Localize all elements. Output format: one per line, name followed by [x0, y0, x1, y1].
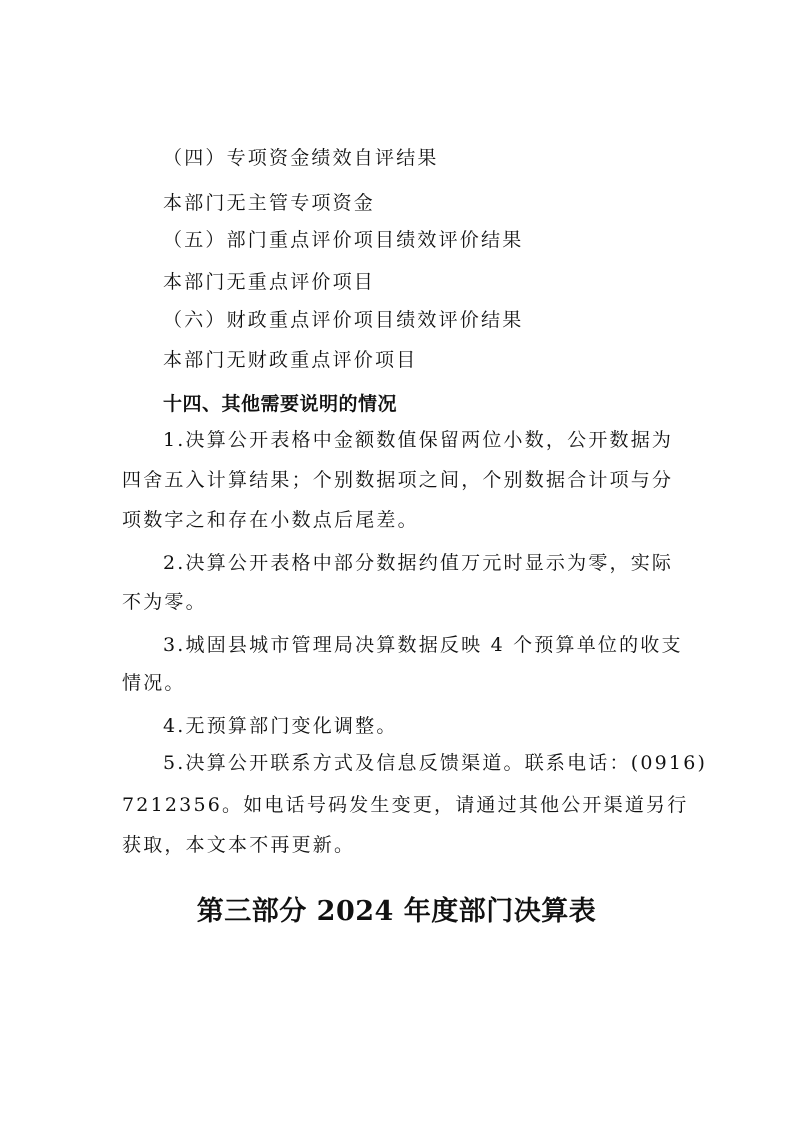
paragraph: 本部门无财政重点评价项目	[163, 348, 417, 372]
paragraph: 本部门无重点评价项目	[163, 270, 375, 294]
paragraph-line: 项数字之和存在小数点后尾差。	[122, 508, 419, 532]
paragraph-line: 2.决算公开表格中部分数据约值万元时显示为零，实际	[163, 551, 673, 575]
paragraph-line: 情况。	[122, 671, 186, 695]
subheading-4: （四）专项资金绩效自评结果	[163, 146, 439, 170]
paragraph-line: 四舍五入计算结果；个别数据项之间，个别数据合计项与分	[122, 468, 673, 492]
subheading-5: （五）部门重点评价项目绩效评价结果	[163, 228, 523, 252]
paragraph-line: 1.决算公开表格中金额数值保留两位小数，公开数据为	[163, 428, 673, 452]
paragraph-line: 3.城固县城市管理局决算数据反映 4 个预算单位的收支	[163, 633, 683, 657]
paragraph: 本部门无主管专项资金	[163, 191, 375, 215]
paragraph-line: 7212356。如电话号码发生变更，请通过其他公开渠道另行	[122, 793, 688, 817]
section-heading: 十四、其他需要说明的情况	[163, 392, 397, 416]
paragraph-line: 不为零。	[122, 590, 207, 614]
paragraph-line: 4.无预算部门变化调整。	[163, 714, 398, 738]
subheading-6: （六）财政重点评价项目绩效评价结果	[163, 308, 523, 332]
paragraph-line: 获取，本文本不再更新。	[122, 833, 355, 857]
paragraph-line: 5.决算公开联系方式及信息反馈渠道。联系电话：(0916)	[163, 751, 707, 775]
part-title: 第三部分 2024 年度部门决算表	[0, 895, 793, 929]
